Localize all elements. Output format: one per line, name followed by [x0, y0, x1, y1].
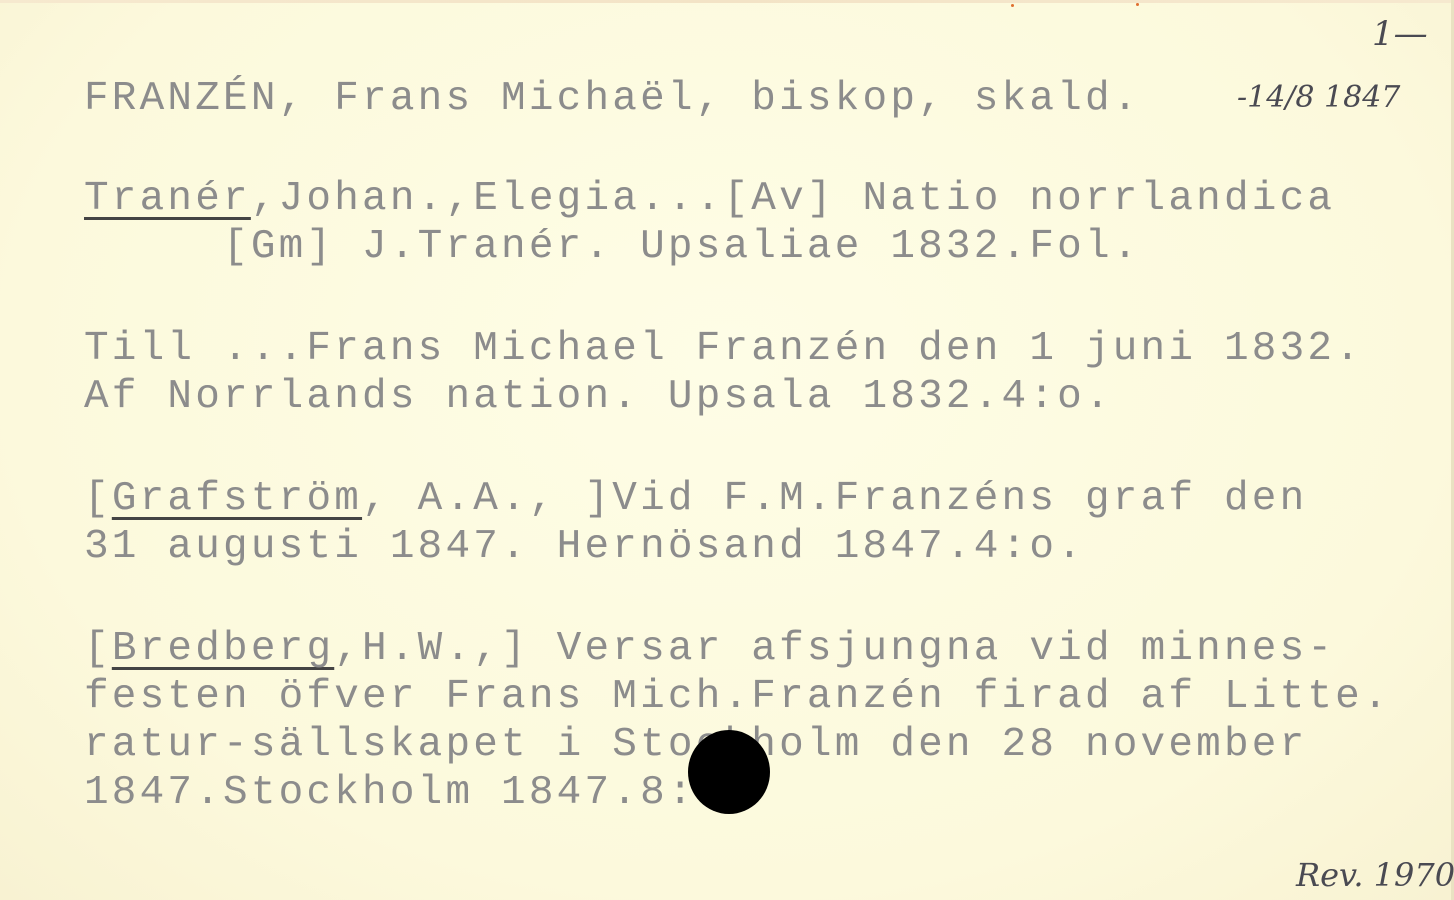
card-top-edge	[0, 0, 1454, 3]
bracket: [	[84, 626, 112, 672]
bracket: [	[84, 476, 112, 522]
entry-line: [Bredberg,H.W.,] Versar afsjungna vid mi…	[84, 626, 1335, 672]
heading-date-handwritten: -14/8 1847	[1237, 80, 1400, 115]
entry-line-rest: ,Johan.,Elegia...[Av] Natio norrlandica	[251, 176, 1335, 222]
catalog-card: 1— FRANZÉN, Frans Michaël, biskop, skald…	[0, 0, 1454, 900]
entry-author-underlined: Bredberg	[112, 626, 334, 672]
paper-speck	[1011, 4, 1014, 7]
entry-line: [Grafström, A.A., ]Vid F.M.Franzéns graf…	[84, 476, 1307, 522]
punch-hole	[688, 730, 770, 814]
corner-mark: 1—	[1372, 14, 1428, 54]
entry-line: 1847.Stockholm 1847.8:o.	[84, 770, 751, 816]
card-heading: FRANZÉN, Frans Michaël, biskop, skald.	[84, 76, 1141, 122]
entry-line: Af Norrlands nation. Upsala 1832.4:o.	[84, 374, 1113, 420]
entry-line: festen öfver Frans Mich.Franzén firad af…	[84, 674, 1391, 720]
entry-line-rest: , A.A., ]Vid F.M.Franzéns graf den	[362, 476, 1307, 522]
entry-line: Till ...Frans Michael Franzén den 1 juni…	[84, 326, 1363, 372]
entry-author-underlined: Grafström	[112, 476, 362, 522]
entry-line-rest: ,H.W.,] Versar afsjungna vid minnes-	[334, 626, 1335, 672]
entry-line: [Gm] J.Tranér. Upsaliae 1832.Fol.	[84, 224, 1141, 270]
paper-speck	[1136, 3, 1139, 6]
entry-author-underlined: Tranér	[84, 176, 251, 222]
revision-note: Rev. 1970	[1296, 856, 1454, 894]
entry-line: 31 augusti 1847. Hernösand 1847.4:o.	[84, 524, 1085, 570]
entry-line: Tranér,Johan.,Elegia...[Av] Natio norrla…	[84, 176, 1335, 222]
